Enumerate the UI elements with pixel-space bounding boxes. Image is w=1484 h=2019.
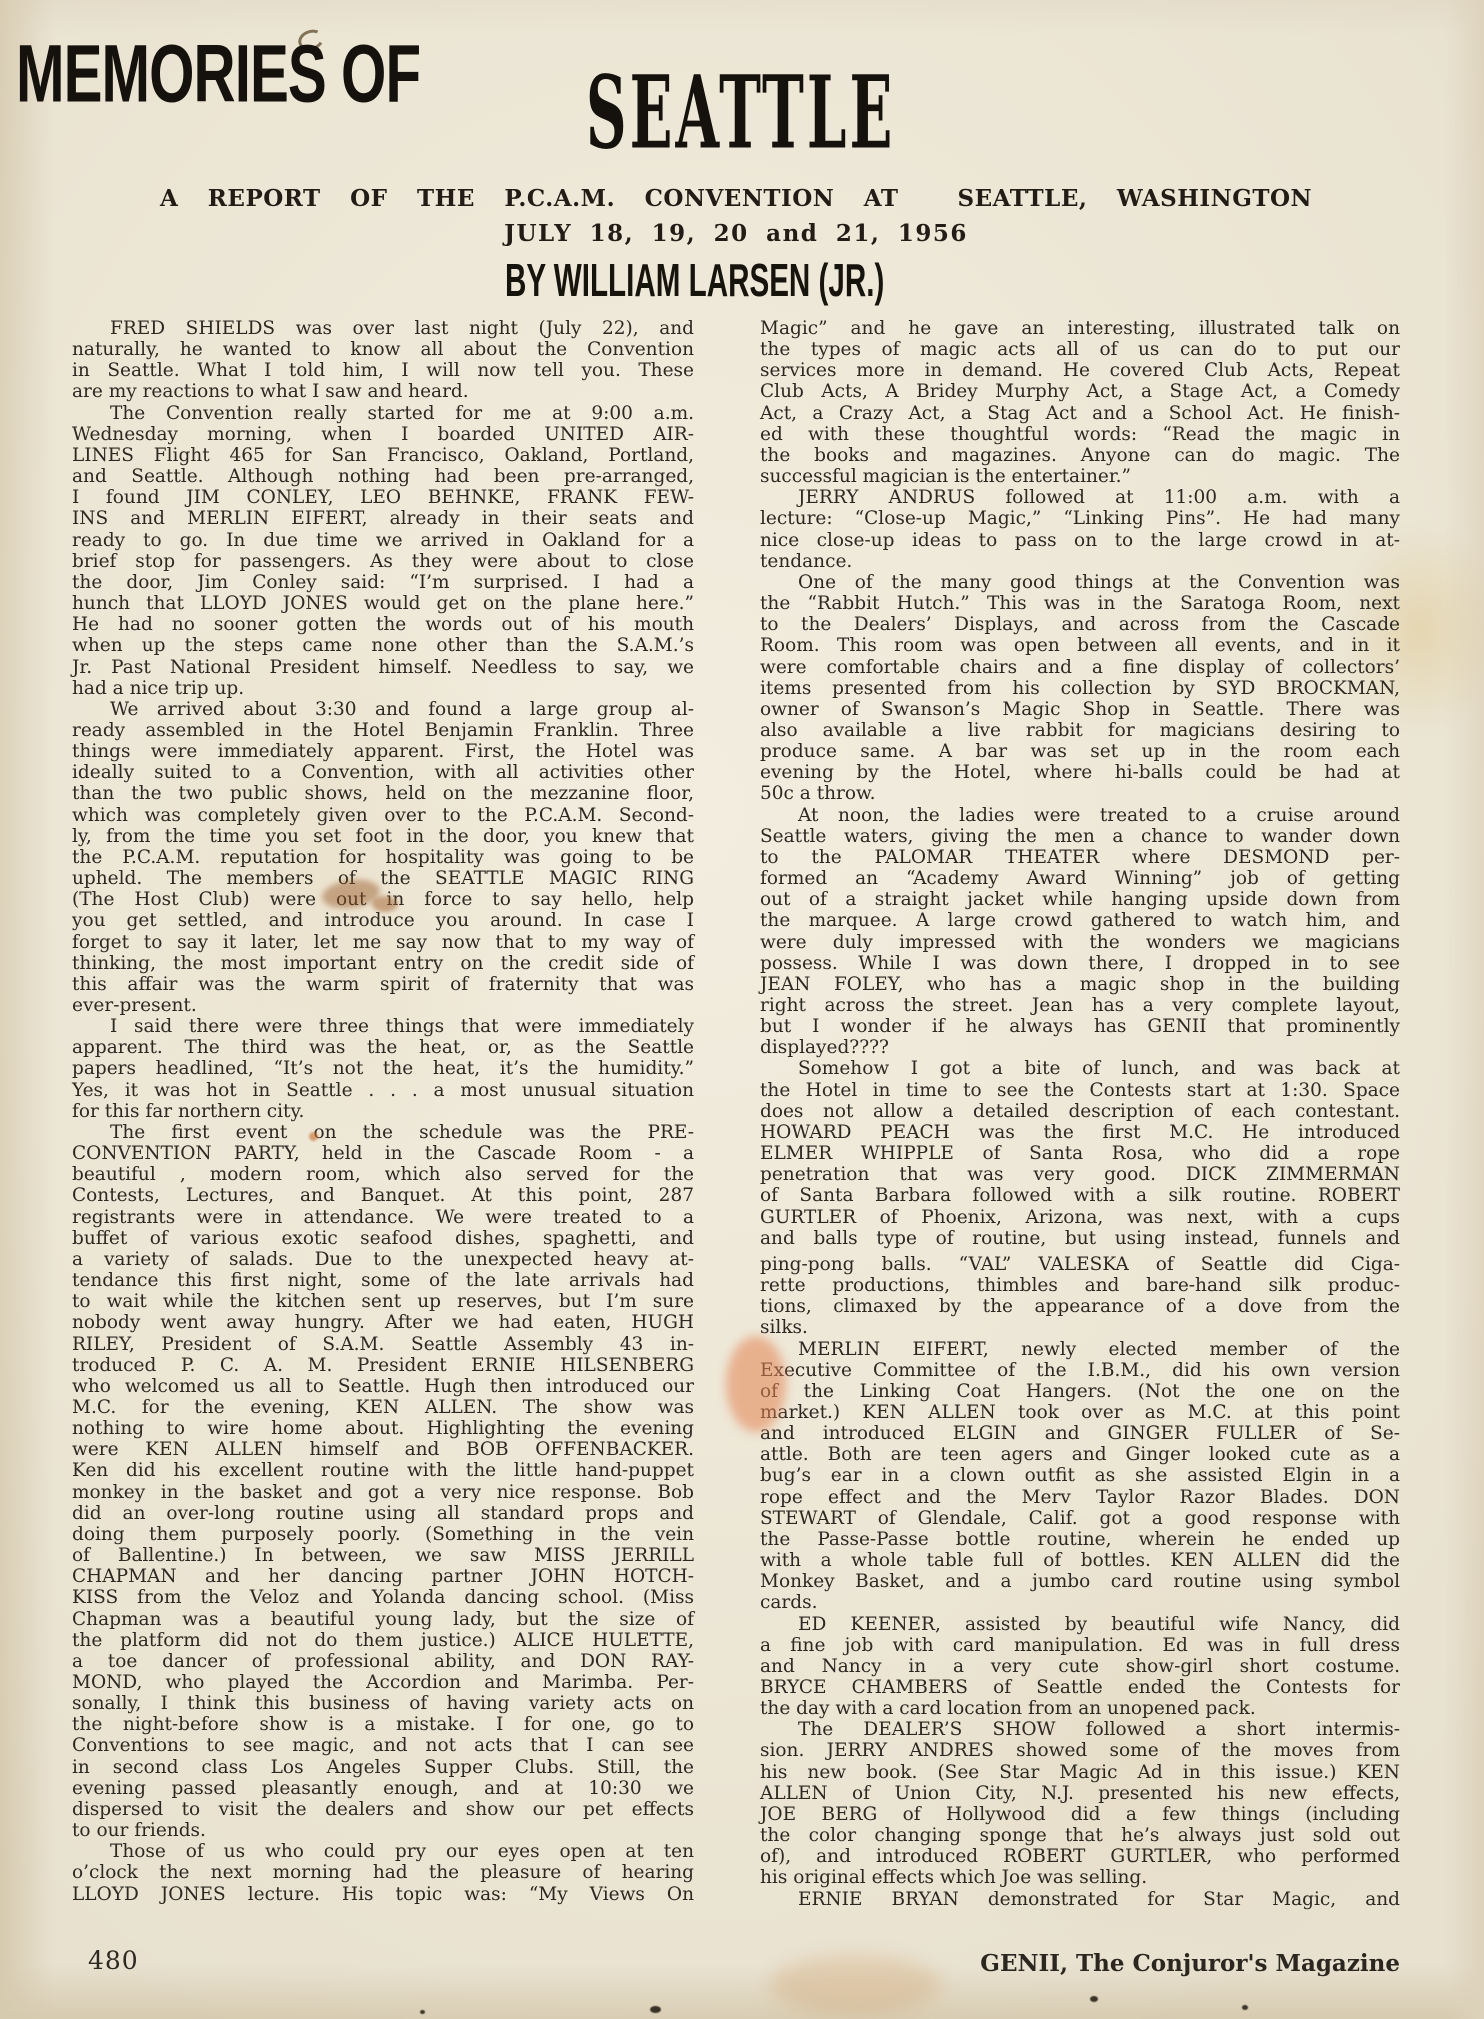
text-line: The Convention really started for me at … — [72, 403, 694, 424]
text-line: The DEALER’S SHOW followed a short inter… — [760, 1719, 1400, 1740]
text-line: ready to go. In due time we arrived in O… — [72, 530, 694, 551]
paragraph: Magic” and he gave an interesting, illus… — [760, 318, 1400, 487]
subtitle-report-line: A REPORT OF THE P.C.A.M. CONVENTION AT S… — [72, 185, 1400, 212]
text-line: nice close-up ideas to pass on to the la… — [760, 530, 1400, 551]
text-line: naturally, he wanted to know all about t… — [72, 339, 694, 360]
text-line: Chapman was a beautiful young lady, but … — [72, 1609, 694, 1630]
text-line: a fine job with card manipulation. Ed wa… — [760, 1635, 1400, 1656]
text-line: Wednesday morning, when I boarded UNITED… — [72, 424, 694, 445]
text-line: monkey in the basket and got a very nice… — [72, 1482, 694, 1503]
text-line: rope effect and the Merv Taylor Razor Bl… — [760, 1487, 1400, 1508]
text-line: ALLEN of Union City, N.J. presented his … — [760, 1783, 1400, 1804]
text-line: hunch that LLOYD JONES would get on the … — [72, 593, 694, 614]
text-line: ERNIE BRYAN demonstrated for Star Magic,… — [760, 1889, 1400, 1910]
text-line: attle. Both are teen agers and Ginger lo… — [760, 1444, 1400, 1465]
text-line: formed an “Academy Award Winning” job of… — [760, 868, 1400, 889]
text-line: At noon, the ladies were treated to a cr… — [760, 805, 1400, 826]
text-line: this affair was the warm spirit of frate… — [72, 974, 694, 995]
text-line: STEWART of Glendale, Calif. got a good r… — [760, 1508, 1400, 1529]
text-line: right across the street. Jean has a very… — [760, 995, 1400, 1016]
text-line: to wait while the kitchen sent up reserv… — [72, 1291, 694, 1312]
text-line: sonally, I think this business of having… — [72, 1693, 694, 1714]
text-line: ELMER WHIPPLE of Santa Rosa, who did a r… — [760, 1143, 1400, 1164]
text-line: and Nancy in a very cute show-girl short… — [760, 1656, 1400, 1677]
text-line: tendance this first night, some of the l… — [72, 1270, 694, 1291]
text-line: the types of magic acts all of us can do… — [760, 339, 1400, 360]
text-line: apparent. The third was the heat, or, as… — [72, 1037, 694, 1058]
text-line: thinking, the most important entry on th… — [72, 953, 694, 974]
text-line: of Ballentine.) In between, we saw MISS … — [72, 1545, 694, 1566]
text-line: the P.C.A.M. reputation for hospitality … — [72, 847, 694, 868]
page-title-memories-of: MEMORIES OF — [16, 34, 420, 116]
text-line: ly, from the time you set foot in the do… — [72, 826, 694, 847]
text-line: I said there were three things that were… — [72, 1016, 694, 1037]
text-line: dispersed to visit the dealers and show … — [72, 1799, 694, 1820]
speck — [1242, 2005, 1248, 2010]
paragraph: One of the many good things at the Conve… — [760, 572, 1400, 805]
text-line: CONVENTION PARTY, held in the Cascade Ro… — [72, 1143, 694, 1164]
text-line: the marquee. A large crowd gathered to w… — [760, 910, 1400, 931]
text-line: in Seattle. What I told him, I will now … — [72, 360, 694, 381]
text-line: BRYCE CHAMBERS of Seattle ended the Cont… — [760, 1677, 1400, 1698]
paragraph: Somehow I got a bite of lunch, and was b… — [760, 1058, 1400, 1248]
byline: BY WILLIAM LARSEN (JR.) — [505, 258, 884, 304]
text-line: evening by the Hotel, where hi-balls cou… — [760, 762, 1400, 783]
text-line: to our friends. — [72, 1820, 694, 1841]
text-line: ED KEENER, assisted by beautiful wife Na… — [760, 1614, 1400, 1635]
text-line: The first event on the schedule was the … — [72, 1122, 694, 1143]
paragraph: The DEALER’S SHOW followed a short inter… — [760, 1719, 1400, 1888]
text-line: papers headlined, “It’s not the heat, it… — [72, 1058, 694, 1079]
text-line: Magic” and he gave an interesting, illus… — [760, 318, 1400, 339]
text-line: who welcomed us all to Seattle. Hugh the… — [72, 1376, 694, 1397]
text-line: Club Acts, A Bridey Murphy Act, a Stage … — [760, 381, 1400, 402]
text-line: Jr. Past National President himself. Nee… — [72, 657, 694, 678]
paragraph: ED KEENER, assisted by beautiful wife Na… — [760, 1614, 1400, 1720]
text-line: HOWARD PEACH was the first M.C. He intro… — [760, 1122, 1400, 1143]
text-line: a toe dancer of professional ability, an… — [72, 1651, 694, 1672]
scanned-magazine-page: { "masthead": { "title_left": "MEMORIES … — [0, 0, 1484, 2019]
text-line: evening passed pleasantly enough, and at… — [72, 1778, 694, 1799]
text-line: the Passe-Passe bottle routine, wherein … — [760, 1529, 1400, 1550]
text-line: penetration that was very good. DICK ZIM… — [760, 1164, 1400, 1185]
paragraph: ERNIE BRYAN demonstrated for Star Magic,… — [760, 1889, 1400, 1910]
text-line: forget to say it later, let me say now t… — [72, 932, 694, 953]
text-line: to the PALOMAR THEATER where DESMOND per… — [760, 847, 1400, 868]
text-line: KISS from the Veloz and Yolanda dancing … — [72, 1587, 694, 1608]
text-line: items presented from his collection by S… — [760, 678, 1400, 699]
text-line: of the Linking Coat Hangers. (Not the on… — [760, 1381, 1400, 1402]
text-line: than the two public shows, held on the m… — [72, 783, 694, 804]
text-line: of Santa Barbara followed with a silk ro… — [760, 1185, 1400, 1206]
text-line: possess. While I was down there, I dropp… — [760, 953, 1400, 974]
text-line: Seattle waters, giving the men a chance … — [760, 826, 1400, 847]
text-line: o’clock the next morning had the pleasur… — [72, 1862, 694, 1883]
text-line: the day with a card location from an uno… — [760, 1698, 1400, 1719]
speck — [420, 2010, 425, 2014]
text-line: tions, climaxed by the appearance of a d… — [760, 1296, 1400, 1317]
text-line: with a whole table full of bottles. KEN … — [760, 1550, 1400, 1571]
text-line: the Hotel in time to see the Contests st… — [760, 1080, 1400, 1101]
text-line: in second class Los Angeles Supper Clubs… — [72, 1757, 694, 1778]
text-line: but I wonder if he always has GENII that… — [760, 1016, 1400, 1037]
text-line: sion. JERRY ANDRES showed some of the mo… — [760, 1740, 1400, 1761]
text-line: nothing to wire home about. Highlighting… — [72, 1418, 694, 1439]
text-line: are my reactions to what I saw and heard… — [72, 381, 694, 402]
text-line: doing them purposely poorly. (Something … — [72, 1524, 694, 1545]
text-line: Act, a Crazy Act, a Stag Act and a Schoo… — [760, 403, 1400, 424]
page-number: 480 — [88, 1946, 139, 1975]
text-line: One of the many good things at the Conve… — [760, 572, 1400, 593]
text-line: did an over-long routine using all stand… — [72, 1503, 694, 1524]
text-line: I found JIM CONLEY, LEO BEHNKE, FRANK FE… — [72, 487, 694, 508]
text-line: when up the steps came none other than t… — [72, 635, 694, 656]
text-line: the “Rabbit Hutch.” This was in the Sara… — [760, 593, 1400, 614]
text-line: FRED SHIELDS was over last night (July 2… — [72, 318, 694, 339]
text-line: for this far northern city. — [72, 1101, 694, 1122]
magazine-name: GENII, The Conjuror's Magazine — [980, 1950, 1400, 1977]
text-line: to the Dealers’ Displays, and across fro… — [760, 614, 1400, 635]
text-line: LLOYD JONES lecture. His topic was: “My … — [72, 1884, 694, 1905]
text-line: Conventions to see magic, and not acts t… — [72, 1735, 694, 1756]
text-line: We arrived about 3:30 and found a large … — [72, 699, 694, 720]
text-line: the platform did not do them justice.) A… — [72, 1630, 694, 1651]
text-line: ed with these thoughtful words: “Read th… — [760, 424, 1400, 445]
text-line: you get settled, and introduce you aroun… — [72, 910, 694, 931]
text-line: tendance. — [760, 551, 1400, 572]
paragraph: We arrived about 3:30 and found a large … — [72, 699, 694, 1016]
subtitle-date-line: JULY 18, 19, 20 and 21, 1956 — [72, 220, 1400, 247]
text-line: and Seattle. Although nothing had been p… — [72, 466, 694, 487]
text-line: were KEN ALLEN himself and BOB OFFENBACK… — [72, 1439, 694, 1460]
text-line: Yes, it was hot in Seattle . . . a most … — [72, 1080, 694, 1101]
text-line: of), and introduced ROBERT GURTLER, who … — [760, 1846, 1400, 1867]
text-line: JERRY ANDRUS followed at 11:00 a.m. with… — [760, 487, 1400, 508]
text-line: silks. — [760, 1317, 1400, 1338]
text-line: were duly impressed with the wonders we … — [760, 932, 1400, 953]
paragraph: The Convention really started for me at … — [72, 403, 694, 699]
text-line: services more in demand. He covered Club… — [760, 360, 1400, 381]
text-line: RILEY, President of S.A.M. Seattle Assem… — [72, 1334, 694, 1355]
text-line: successful magician is the entertainer.” — [760, 466, 1400, 487]
speck — [1090, 1996, 1098, 2002]
text-line: the door, Jim Conley said: “I’m surprise… — [72, 572, 694, 593]
paragraph: ping-pong balls. “VAL” VALESKA of Seattl… — [760, 1254, 1400, 1339]
text-line: buffet of various exotic seafood dishes,… — [72, 1228, 694, 1249]
text-line: Room. This room was open between all eve… — [760, 635, 1400, 656]
text-line: which was completely given over to the P… — [72, 805, 694, 826]
text-line: brief stop for passengers. As they were … — [72, 551, 694, 572]
text-line: Somehow I got a bite of lunch, and was b… — [760, 1058, 1400, 1079]
paragraph: The first event on the schedule was the … — [72, 1122, 694, 1841]
page-title-seattle: SEATTLE — [586, 64, 895, 164]
article-column-right: Magic” and he gave an interesting, illus… — [760, 318, 1400, 1910]
text-line: Contests, Lectures, and Banquet. At this… — [72, 1185, 694, 1206]
text-line: nobody went away hungry. After we had ea… — [72, 1312, 694, 1333]
text-line: JOE BERG of Hollywood did a few things (… — [760, 1804, 1400, 1825]
text-line: M.C. for the evening, KEN ALLEN. The sho… — [72, 1397, 694, 1418]
text-line: Ken did his excellent routine with the l… — [72, 1460, 694, 1481]
text-line: lecture: “Close-up Magic,” “Linking Pins… — [760, 508, 1400, 529]
text-line: Executive Committee of the I.B.M., did h… — [760, 1360, 1400, 1381]
text-line: a variety of salads. Due to the unexpect… — [72, 1249, 694, 1270]
text-line: his new book. (See Star Magic Ad in this… — [760, 1762, 1400, 1783]
text-line: bug’s ear in a clown outfit as she assis… — [760, 1465, 1400, 1486]
text-line: ready assembled in the Hotel Benjamin Fr… — [72, 720, 694, 741]
text-line: Monkey Basket, and a jumbo card routine … — [760, 1571, 1400, 1592]
text-line: were comfortable chairs and a fine displ… — [760, 657, 1400, 678]
text-line: He had no sooner gotten the words out of… — [72, 614, 694, 635]
text-line: the books and magazines. Anyone can do m… — [760, 445, 1400, 466]
text-line: displayed???? — [760, 1037, 1400, 1058]
text-line: had a nice trip up. — [72, 678, 694, 699]
text-line: owner of Swanson’s Magic Shop in Seattle… — [760, 699, 1400, 720]
text-line: produce same. A bar was set up in the ro… — [760, 741, 1400, 762]
text-line: INS and MERLIN EIFERT, already in their … — [72, 508, 694, 529]
text-line: CHAPMAN and her dancing partner JOHN HOT… — [72, 1566, 694, 1587]
text-line: upheld. The members of the SEATTLE MAGIC… — [72, 868, 694, 889]
text-line: rette productions, thimbles and bare-han… — [760, 1275, 1400, 1296]
text-line: things were immediately apparent. First,… — [72, 741, 694, 762]
paragraph: Those of us who could pry our eyes open … — [72, 1841, 694, 1904]
text-line: ever-present. — [72, 995, 694, 1016]
text-line: beautiful , modern room, which also serv… — [72, 1164, 694, 1185]
paragraph: FRED SHIELDS was over last night (July 2… — [72, 318, 694, 403]
text-line: the color changing sponge that he’s alwa… — [760, 1825, 1400, 1846]
text-line: market.) KEN ALLEN took over as M.C. at … — [760, 1402, 1400, 1423]
speck — [650, 2006, 661, 2013]
text-line: and introduced ELGIN and GINGER FULLER o… — [760, 1423, 1400, 1444]
paragraph: I said there were three things that were… — [72, 1016, 694, 1122]
text-line: cards. — [760, 1592, 1400, 1613]
paragraph: MERLIN EIFERT, newly elected member of t… — [760, 1339, 1400, 1614]
text-line: registrants were in attendance. We were … — [72, 1207, 694, 1228]
text-line: out of a straight jacket while hanging u… — [760, 889, 1400, 910]
text-line: ideally suited to a Convention, with all… — [72, 762, 694, 783]
text-line: MERLIN EIFERT, newly elected member of t… — [760, 1339, 1400, 1360]
text-line: Those of us who could pry our eyes open … — [72, 1841, 694, 1862]
text-line: 50c a throw. — [760, 783, 1400, 804]
text-line: LINES Flight 465 for San Francisco, Oakl… — [72, 445, 694, 466]
text-line: ping-pong balls. “VAL” VALESKA of Seattl… — [760, 1254, 1400, 1275]
text-line: does not allow a detailed description of… — [760, 1101, 1400, 1122]
text-line: GURTLER of Phoenix, Arizona, was next, w… — [760, 1207, 1400, 1228]
article-column-left: FRED SHIELDS was over last night (July 2… — [72, 318, 694, 1905]
text-line: the night-before show is a mistake. I fo… — [72, 1714, 694, 1735]
text-line: troduced P. C. A. M. President ERNIE HIL… — [72, 1355, 694, 1376]
text-line: JEAN FOLEY, who has a magic shop in the … — [760, 974, 1400, 995]
text-line: also available a live rabbit for magicia… — [760, 720, 1400, 741]
text-line: and balls type of routine, but using ins… — [760, 1228, 1400, 1249]
paragraph: At noon, the ladies were treated to a cr… — [760, 805, 1400, 1059]
paragraph: JERRY ANDRUS followed at 11:00 a.m. with… — [760, 487, 1400, 572]
text-line: his original effects which Joe was selli… — [760, 1867, 1400, 1888]
text-line: MOND, who played the Accordion and Marim… — [72, 1672, 694, 1693]
text-line: (The Host Club) were out in force to say… — [72, 889, 694, 910]
